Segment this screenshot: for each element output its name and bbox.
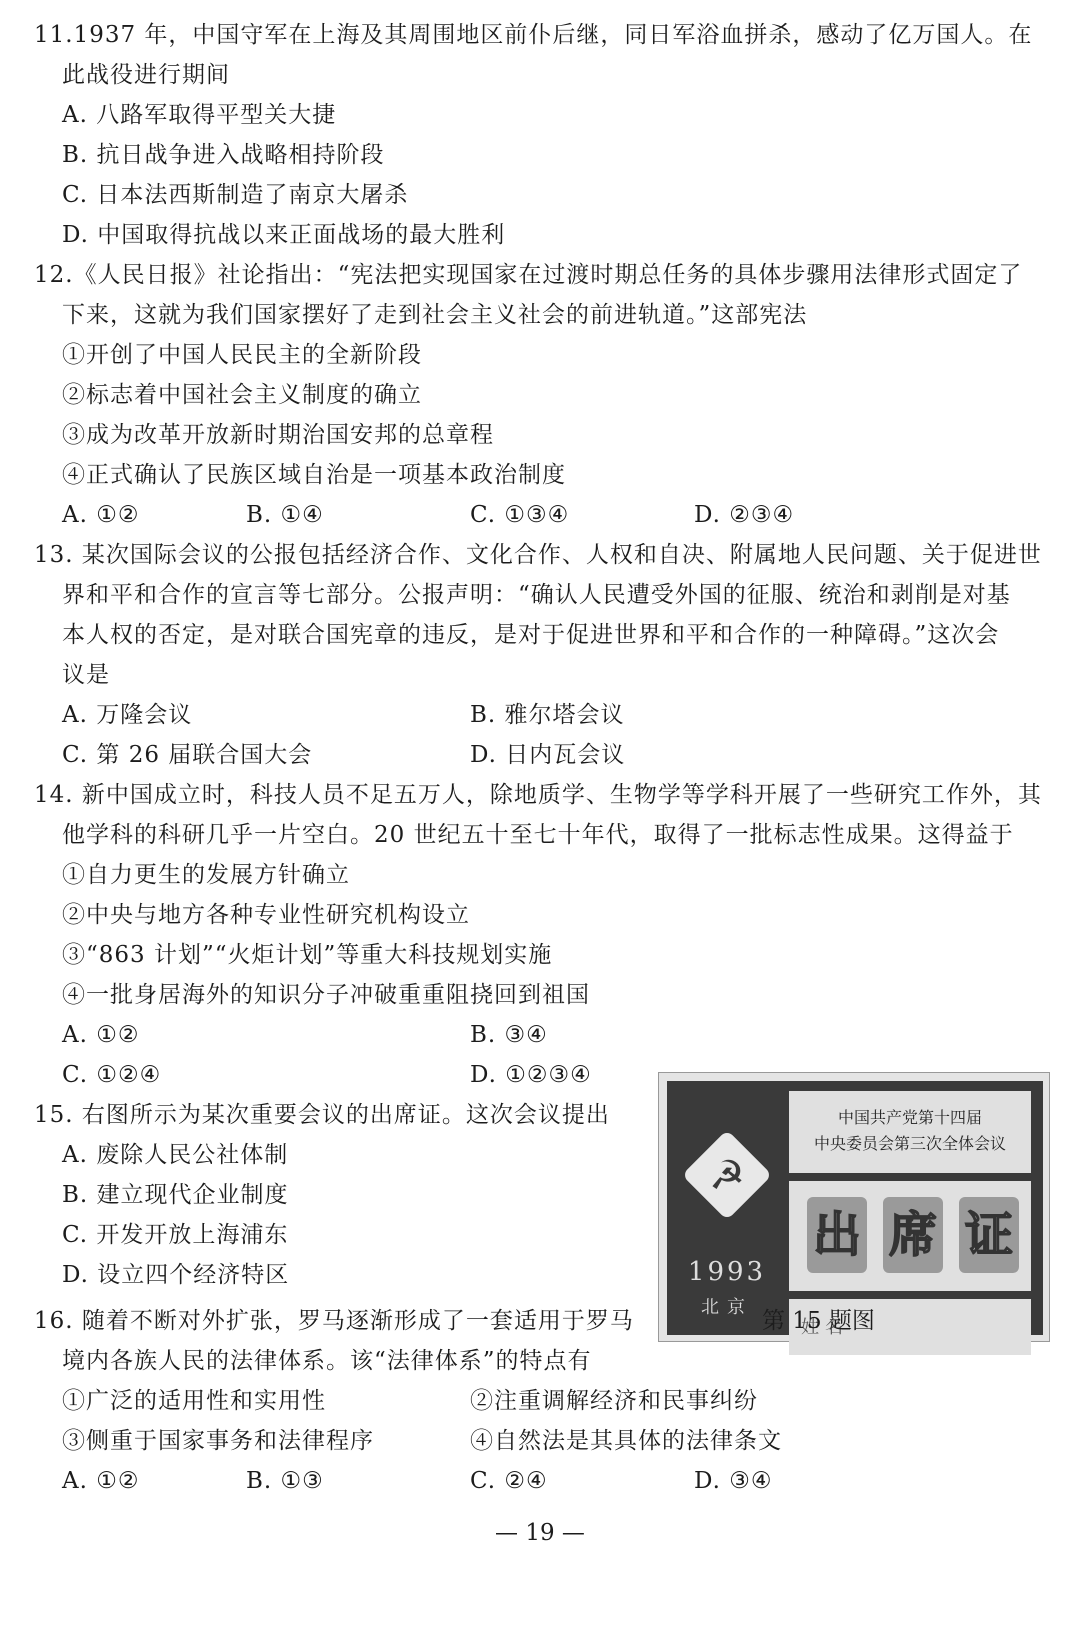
q13-option-b: B. 雅尔塔会议 (470, 700, 625, 730)
q13-option-a: A. 万隆会议 (62, 700, 192, 730)
certificate-year: 1993 (667, 1257, 787, 1287)
q15-option-b: B. 建立现代企业制度 (62, 1180, 289, 1210)
q14-option-a: A. ①② (62, 1020, 139, 1050)
q16-statement-4: ④自然法是其具体的法律条文 (470, 1426, 782, 1456)
q13-option-c: C. 第 26 届联合国大会 (62, 740, 312, 770)
q12-option-b: B. ①④ (246, 500, 324, 530)
certificate-char-2: 席 (883, 1197, 943, 1273)
q12-statement-2: ②标志着中国社会主义制度的确立 (62, 380, 422, 410)
q11-option-c: C. 日本法西斯制造了南京大屠杀 (62, 180, 408, 210)
certificate-char-3: 证 (959, 1197, 1019, 1273)
q16-option-a: A. ①② (62, 1466, 139, 1496)
q15-stem-line1: 15. 右图所示为某次重要会议的出席证。这次会议提出 (34, 1100, 610, 1130)
q11-option-b: B. 抗日战争进入战略相持阶段 (62, 140, 385, 170)
q16-statement-3: ③侧重于国家事务和法律程序 (62, 1426, 374, 1456)
q16-stem-line2: 境内各族人民的法律体系。该“法律体系”的特点有 (62, 1346, 592, 1376)
q16-option-b: B. ①③ (246, 1466, 324, 1496)
q16-stem-line1: 16. 随着不断对外扩张，罗马逐渐形成了一套适用于罗马 (34, 1306, 634, 1336)
q14-stem-line1: 14. 新中国成立时，科技人员不足五万人，除地质学、生物学等学科开展了一些研究工… (34, 780, 1042, 810)
certificate-right-panels: 中国共产党第十四届 中央委员会第三次全体会议 出 席 证 姓名 (789, 1091, 1031, 1327)
q11-option-d: D. 中国取得抗战以来正面战场的最大胜利 (62, 220, 505, 250)
q12-statement-3: ③成为改革开放新时期治国安邦的总章程 (62, 420, 494, 450)
certificate-title-line1: 中国共产党第十四届 (789, 1105, 1031, 1131)
q14-option-d: D. ①②③④ (470, 1060, 592, 1090)
certificate-char-1: 出 (807, 1197, 867, 1273)
q12-stem-line2: 下来，这就为我们国家摆好了走到社会主义社会的前进轨道。”这部宪法 (62, 300, 807, 330)
certificate-body: ☭ 1993 北京 中国共产党第十四届 中央委员会第三次全体会议 出 席 证 姓… (667, 1081, 1043, 1335)
q14-statement-1: ①自力更生的发展方针确立 (62, 860, 350, 890)
q15-option-d: D. 设立四个经济特区 (62, 1260, 289, 1290)
certificate-left-band: ☭ 1993 北京 (667, 1081, 787, 1335)
figure-caption: 第 15 题图 (762, 1306, 875, 1336)
q15-option-c: C. 开发开放上海浦东 (62, 1220, 288, 1250)
q13-stem-line2: 界和平和合作的宣言等七部分。公报声明：“确认人民遭受外国的征服、统治和剥削是对基 (62, 580, 1011, 610)
q11-stem-line2: 此战役进行期间 (62, 60, 230, 90)
q14-statement-3: ③“863 计划”“火炬计划”等重大科技规划实施 (62, 940, 552, 970)
q14-stem-line2: 他学科的科研几乎一片空白。20 世纪五十至七十年代，取得了一批标志性成果。这得益… (62, 820, 1014, 850)
q16-option-d: D. ③④ (694, 1466, 772, 1496)
q14-option-c: C. ①②④ (62, 1060, 161, 1090)
q11-option-a: A. 八路军取得平型关大捷 (62, 100, 336, 130)
q11-stem-line1: 11.1937 年，中国守军在上海及其周围地区前仆后继，同日军浴血拼杀，感动了亿… (34, 20, 1032, 50)
q15-option-a: A. 废除人民公社体制 (62, 1140, 288, 1170)
q12-option-c: C. ①③④ (470, 500, 569, 530)
certificate-label-panel: 出 席 证 (789, 1181, 1031, 1291)
q12-option-a: A. ①② (62, 500, 139, 530)
q16-statement-2: ②注重调解经济和民事纠纷 (470, 1386, 758, 1416)
q12-statement-1: ①开创了中国人民民主的全新阶段 (62, 340, 422, 370)
q13-stem-line3: 本人权的否定，是对联合国宪章的违反，是对于促进世界和平和合作的一种障碍。”这次会 (62, 620, 999, 650)
q14-statement-4: ④一批身居海外的知识分子冲破重重阻挠回到祖国 (62, 980, 590, 1010)
certificate-title-panel: 中国共产党第十四届 中央委员会第三次全体会议 (789, 1091, 1031, 1173)
q14-statement-2: ②中央与地方各种专业性研究机构设立 (62, 900, 470, 930)
hammer-sickle-icon: ☭ (697, 1149, 757, 1203)
q13-stem-line1: 13. 某次国际会议的公报包括经济合作、文化合作、人权和自决、附属地人民问题、关… (34, 540, 1042, 570)
page-number: — 19 — (0, 1518, 1080, 1548)
q16-option-c: C. ②④ (470, 1466, 548, 1496)
q13-option-d: D. 日内瓦会议 (470, 740, 625, 770)
q14-option-b: B. ③④ (470, 1020, 548, 1050)
certificate-title-line2: 中央委员会第三次全体会议 (789, 1131, 1031, 1157)
q13-stem-line4: 议是 (62, 660, 110, 690)
q16-statement-1: ①广泛的适用性和实用性 (62, 1386, 326, 1416)
q12-statement-4: ④正式确认了民族区域自治是一项基本政治制度 (62, 460, 566, 490)
q12-option-d: D. ②③④ (694, 500, 794, 530)
attendance-certificate-figure: ☭ 1993 北京 中国共产党第十四届 中央委员会第三次全体会议 出 席 证 姓… (658, 1072, 1050, 1342)
q12-stem-line1: 12.《人民日报》社论指出：“宪法把实现国家在过渡时期总任务的具体步骤用法律形式… (34, 260, 1022, 290)
